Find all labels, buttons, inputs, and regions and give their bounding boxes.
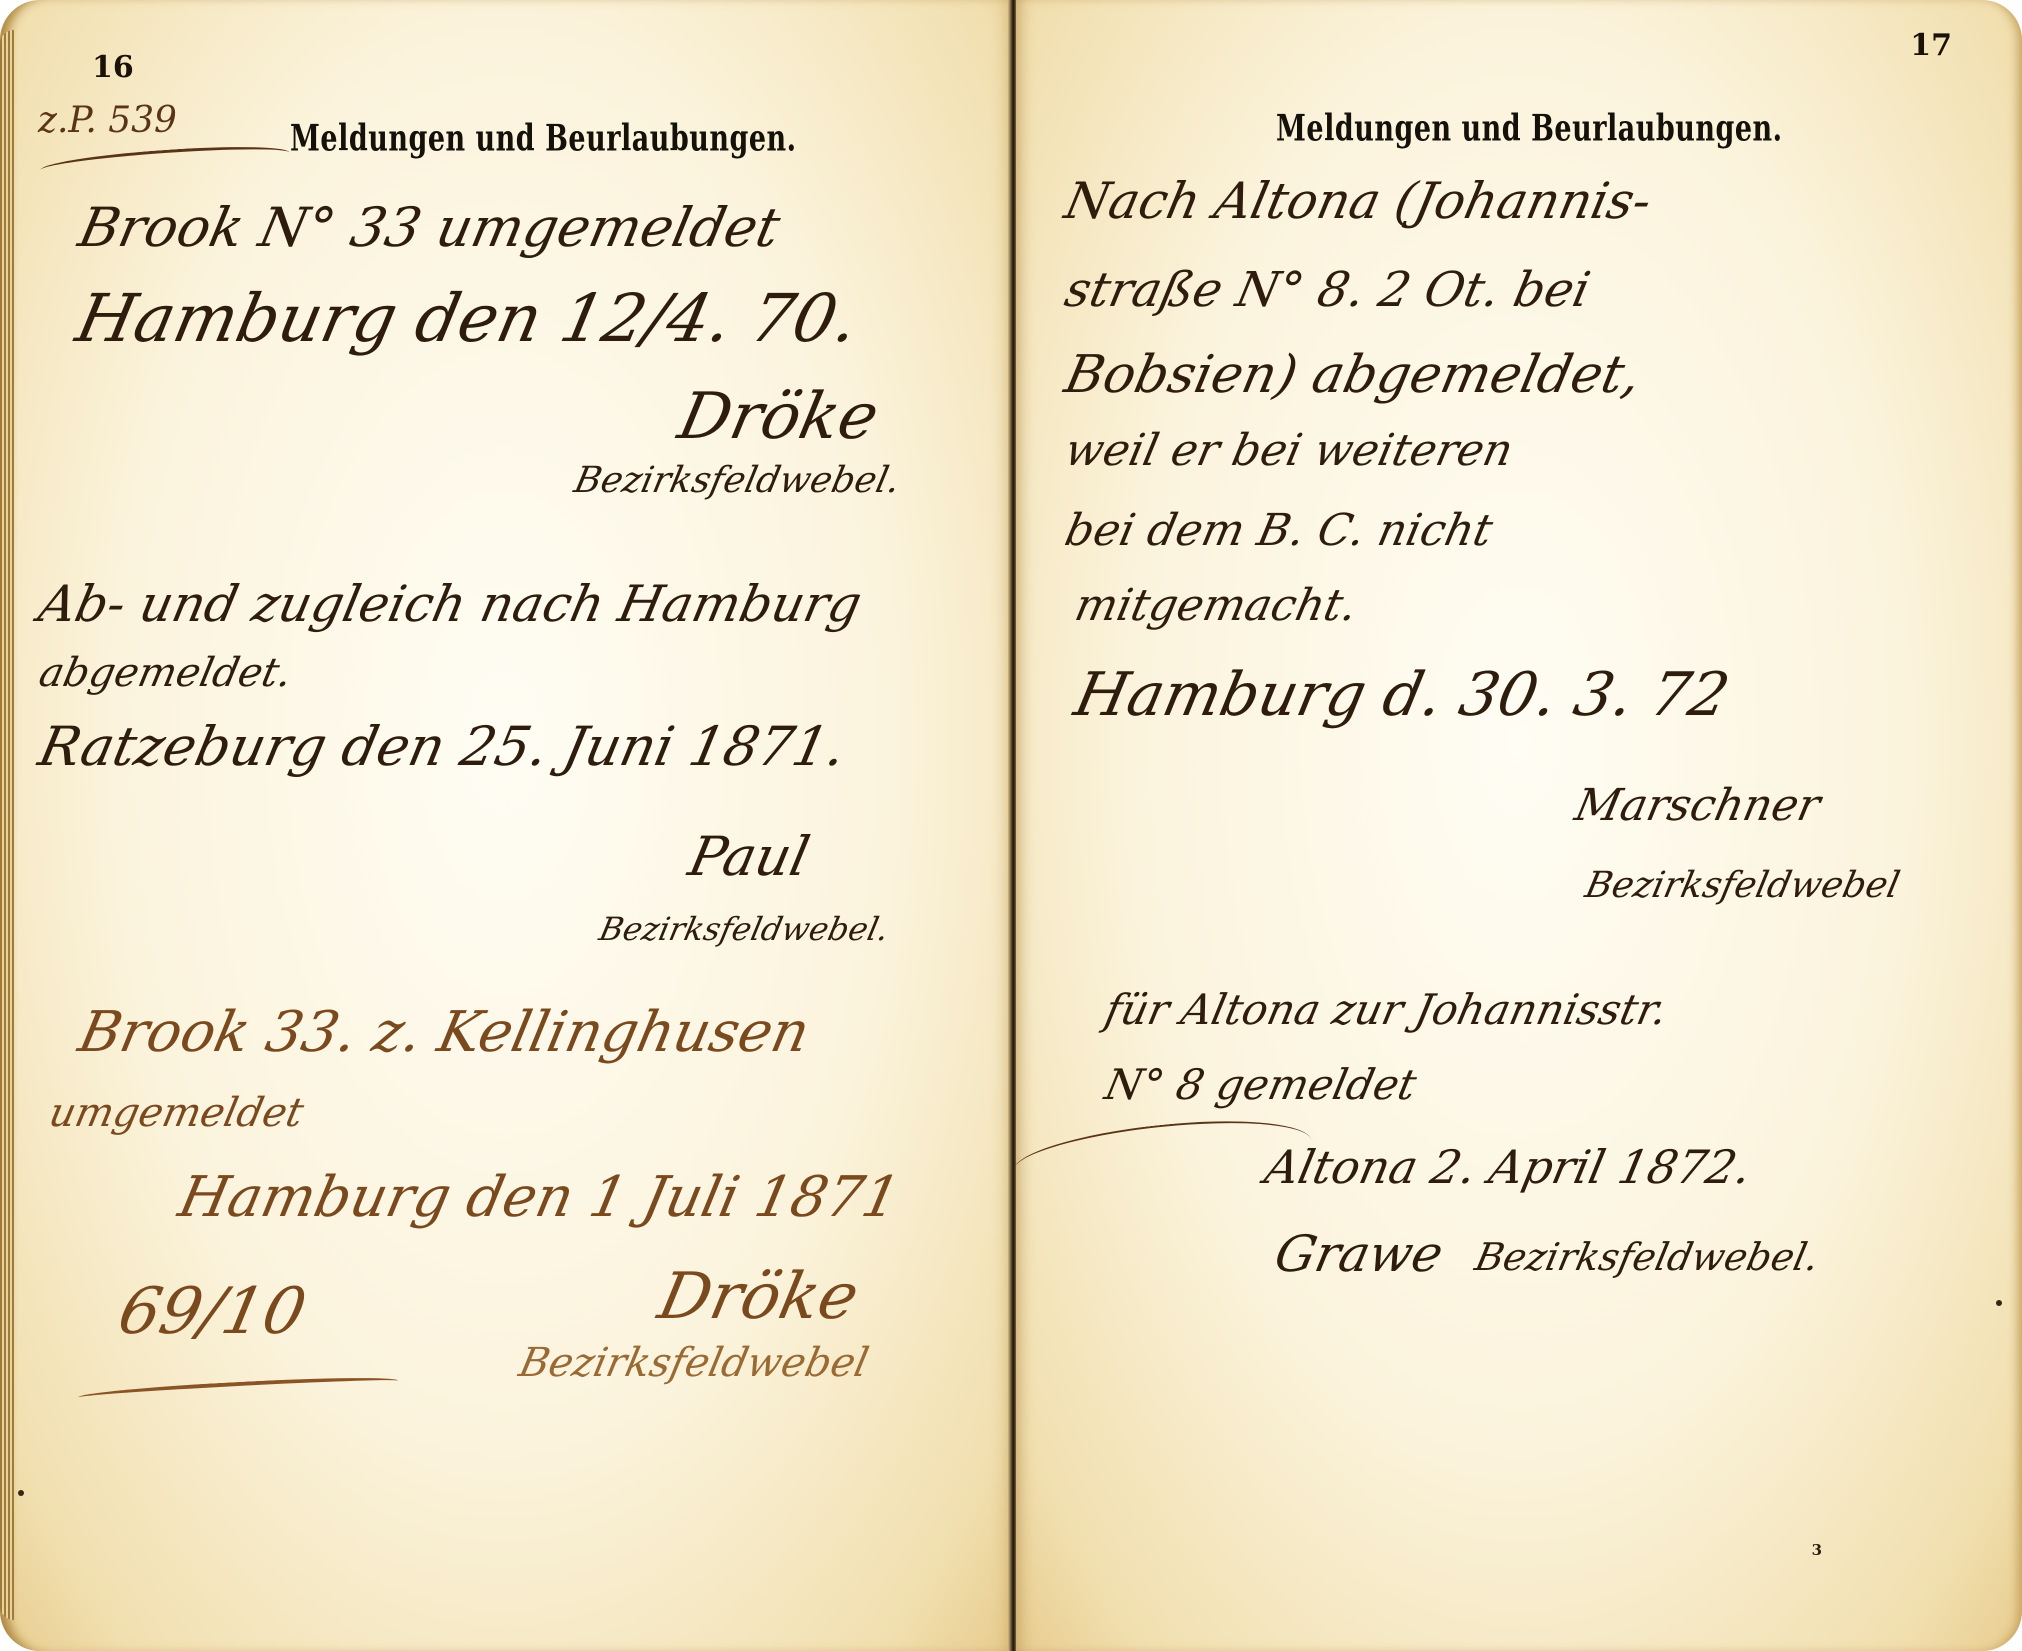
archive-reference-note: z.P. 539 — [38, 100, 177, 141]
page-number-left: 16 — [92, 50, 134, 85]
entry-3-line-2: umgemeldet — [45, 1090, 307, 1136]
entry-2-line-2: N° 8 gemeldet — [1101, 1060, 1421, 1109]
entry-3-line-1: Brook 33. z. Kellinghusen — [73, 1000, 815, 1065]
entry-3-line-3: Hamburg den 1 Juli 1871 — [173, 1165, 905, 1230]
page-heading-left: Meldungen und Beurlaubungen. — [290, 118, 797, 160]
signature-mark: 3 — [1812, 1541, 1822, 1559]
entry-2-signature: Grawe — [1270, 1225, 1448, 1283]
entry-1-line-5: bei dem B. C. nicht — [1061, 505, 1497, 556]
entry-2-line-1: Ab- und zugleich nach Hamburg — [34, 575, 867, 633]
entry-2-line-3: Altona 2. April 1872. — [1260, 1140, 1756, 1194]
entry-1-line-7: Hamburg d. 30. 3. 72 — [1069, 660, 1736, 730]
entry-2-signature: Paul — [683, 825, 815, 888]
entry-2-title: Bezirksfeldwebel. — [1471, 1235, 1823, 1279]
right-page: 17 Meldungen und Beurlaubungen. Nach Alt… — [1016, 0, 2022, 1651]
entry-2-title: Bezirksfeldwebel. — [596, 910, 892, 948]
entry-1-title: Bezirksfeldwebel. — [571, 460, 904, 501]
entry-1-signature: Marschner — [1571, 780, 1825, 831]
entry-3-signature: Dröke — [652, 1260, 865, 1334]
entry-1-line-1: Nach Altona (Johannis- — [1060, 172, 1657, 230]
ink-spot — [18, 1490, 24, 1496]
left-page: 16 z.P. 539 Meldungen und Beurlaubungen.… — [0, 0, 1010, 1651]
entry-1-line-6: mitgemacht. — [1071, 580, 1362, 631]
page-edges — [0, 30, 14, 1620]
entry-3-margin-note: 69/10 — [112, 1275, 312, 1349]
page-heading-right: Meldungen und Beurlaubungen. — [1276, 108, 1783, 150]
entry-1-line-2: Hamburg den 12/4. 70. — [70, 280, 865, 357]
margin-note-underline — [78, 1374, 398, 1405]
entry-1-line-4: weil er bei weiteren — [1061, 425, 1518, 476]
entry-2-line-1: für Altona zur Johannisstr. — [1101, 985, 1672, 1034]
page-number-right: 17 — [1910, 28, 1952, 63]
entry-1-signature: Dröke — [672, 380, 885, 454]
entry-2-line-3: Ratzeburg den 25. Juni 1871. — [33, 715, 851, 778]
ink-spot — [1996, 1300, 2002, 1306]
reference-flourish — [40, 141, 291, 181]
entry-3-title: Bezirksfeldwebel — [515, 1340, 872, 1386]
entry-1-line-2: straße N° 8. 2 Ot. bei — [1060, 262, 1595, 318]
entry-1-line-3: Bobsien) abgemeldet, — [1060, 345, 1647, 405]
entry-2-line-2: abgemeldet. — [35, 650, 296, 696]
entry-1-title: Bezirksfeldwebel — [1582, 865, 1904, 906]
entry-1-line-1: Brook N° 33 umgemeldet — [73, 196, 785, 259]
open-booklet: 16 z.P. 539 Meldungen und Beurlaubungen.… — [0, 0, 2022, 1651]
